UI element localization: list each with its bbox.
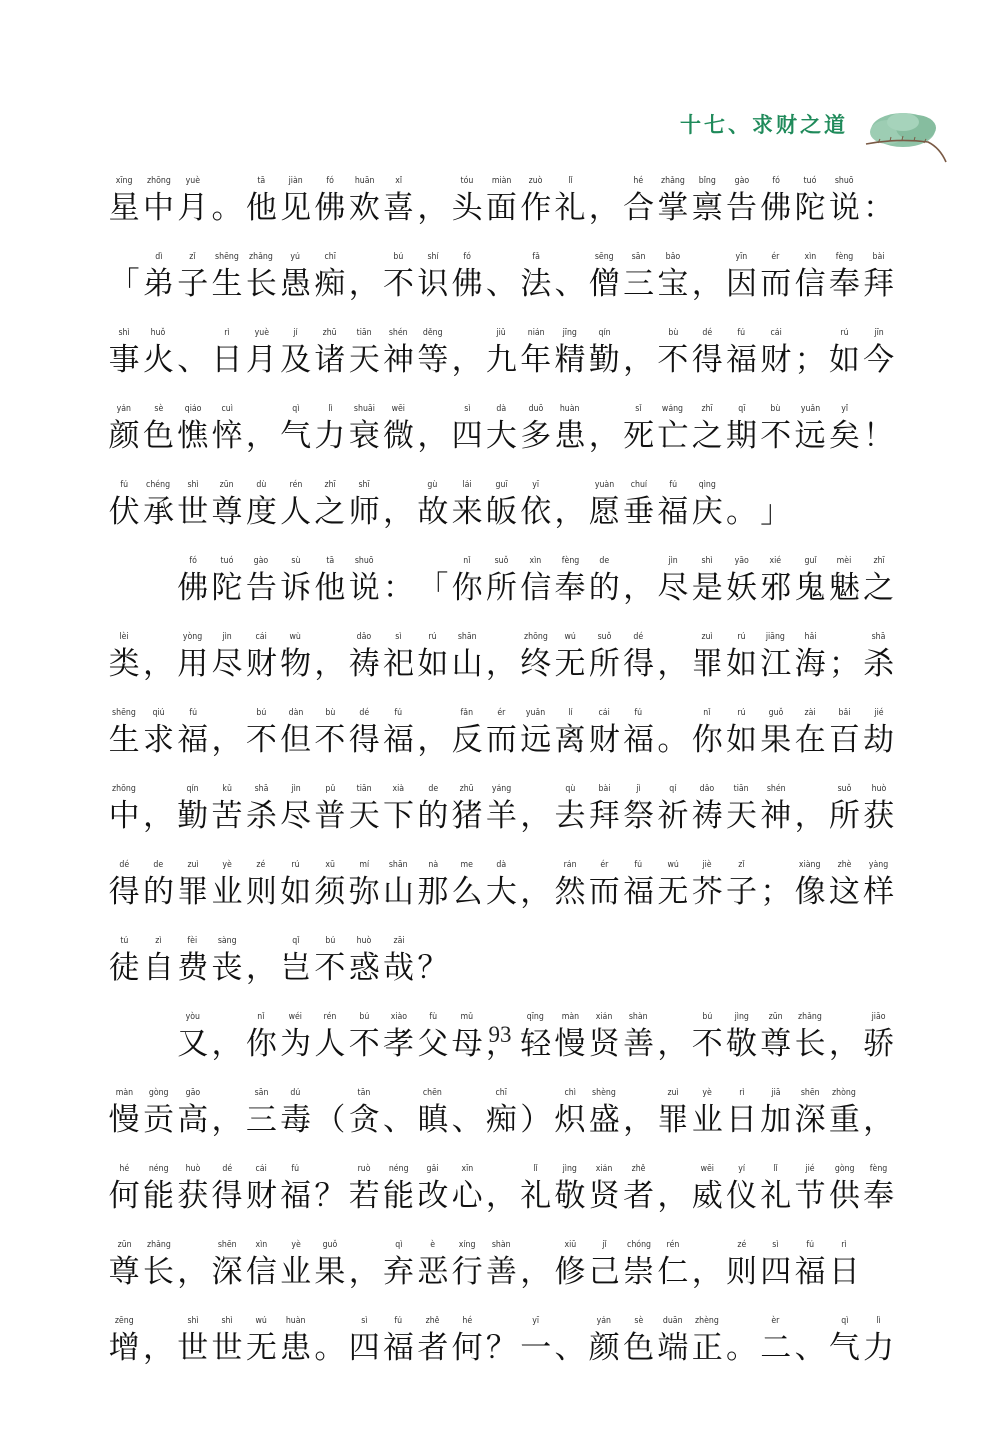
ruby-character: rén仁	[656, 1238, 690, 1298]
pinyin: rú	[737, 630, 745, 644]
ruby-character: jìn尽	[278, 782, 312, 842]
pinyin: zhèng	[695, 1314, 719, 1328]
ruby-character: guǒ果	[759, 706, 793, 766]
hanzi: 佛	[314, 188, 345, 228]
pinyin: fó	[326, 174, 334, 188]
pinyin: néng	[149, 1162, 169, 1176]
ruby-character: shén神	[381, 326, 415, 386]
ruby-character: huān欢	[347, 174, 381, 234]
punctuation: ，	[621, 554, 655, 614]
ruby-character: fú福	[621, 706, 655, 766]
ruby-character: sè色	[621, 1314, 655, 1374]
ruby-character: zé则	[724, 1238, 758, 1298]
ruby-character: qì弃	[381, 1238, 415, 1298]
ruby-character: zhě者	[621, 1162, 655, 1222]
hanzi: 四	[760, 1252, 791, 1292]
ruby-character: lì力	[862, 1314, 896, 1374]
punctuation: ，	[587, 174, 621, 234]
hanzi: 业	[280, 1252, 311, 1292]
ruby-character: qù去	[553, 782, 587, 842]
ruby-character: bú不	[381, 250, 415, 310]
pinyin: dé	[222, 1162, 232, 1176]
ruby-character: zūn尊	[107, 1238, 141, 1298]
text-line: tú徒zì自fèi费sàng丧，qǐ岂bú不huò惑zāi哉？	[107, 918, 907, 994]
ruby-character: xián贤	[587, 1162, 621, 1222]
hanzi: 像	[795, 872, 826, 912]
hanzi: 礼	[760, 1176, 791, 1216]
punctuation: 、	[450, 1086, 484, 1146]
ruby-character: qì气	[827, 1314, 861, 1374]
punctuation: ）	[519, 1086, 553, 1146]
pinyin: fú	[189, 706, 197, 720]
hanzi: 事	[109, 340, 140, 380]
pinyin: xiàng	[799, 858, 821, 872]
pinyin: sì	[464, 402, 470, 416]
ruby-character: guǒ果	[313, 1238, 347, 1298]
pinyin: dǎo	[357, 630, 372, 644]
hanzi: 佛	[177, 568, 208, 608]
ruby-character: fèng奉	[862, 1162, 896, 1222]
ruby-character: xū须	[313, 858, 347, 918]
hanzi: 修	[555, 1252, 586, 1292]
pinyin: gǎi	[427, 1162, 439, 1176]
ruby-character: tú徒	[107, 934, 141, 994]
ruby-character: huàn患	[278, 1314, 312, 1374]
pinyin: gào	[734, 174, 749, 188]
hanzi: 财	[246, 644, 277, 684]
hanzi: ，	[486, 1176, 517, 1216]
ruby-character: bú不	[244, 706, 278, 766]
ruby-character: bǎi百	[827, 706, 861, 766]
pinyin: tā	[326, 554, 334, 568]
punctuation: ，	[484, 1162, 518, 1222]
ruby-character: zūn尊	[210, 478, 244, 538]
hanzi: 不	[314, 948, 345, 988]
punctuation: ，	[313, 630, 347, 690]
hanzi: 哉	[383, 948, 414, 988]
pinyin: ér	[772, 250, 780, 264]
pinyin: ér	[497, 706, 505, 720]
ruby-character: shèng盛	[587, 1086, 621, 1146]
hanzi: 羊	[486, 796, 517, 836]
hanzi: 庆	[692, 492, 723, 532]
hanzi: 作	[520, 188, 551, 228]
pinyin: zuò	[529, 174, 543, 188]
hanzi: 得	[623, 644, 654, 684]
pinyin: huò	[871, 782, 886, 796]
punctuation: ，	[519, 1238, 553, 1298]
pinyin: èr	[772, 1314, 780, 1328]
pinyin: sì	[773, 1238, 779, 1252]
hanzi: 天	[726, 796, 757, 836]
ruby-character: zhū猪	[450, 782, 484, 842]
ruby-character: fǎ法	[519, 250, 553, 310]
ruby-character: zhī之	[313, 478, 347, 538]
pinyin: shēn	[801, 1086, 820, 1100]
ruby-character: huò获	[862, 782, 896, 842]
pinyin: shān	[389, 858, 408, 872]
text-line: lèi类，yòng用jìn尽cái财wù物，dǎo祷sì祀rú如shān山，zh…	[107, 614, 907, 690]
hanzi: 信	[246, 1252, 277, 1292]
ruby-character: yuàn愿	[587, 478, 621, 538]
ruby-character: zǐ子	[176, 250, 210, 310]
punctuation: 「	[416, 554, 450, 614]
pinyin: hé	[634, 174, 644, 188]
punctuation: ；	[827, 630, 861, 690]
pinyin: wēi	[392, 402, 405, 416]
pinyin: rú	[292, 858, 300, 872]
hanzi: 恶	[417, 1252, 448, 1292]
ruby-character: màn慢	[107, 1086, 141, 1146]
ruby-character: bǎo宝	[656, 250, 690, 310]
pinyin: zhè	[837, 858, 851, 872]
pinyin: yáng	[492, 782, 511, 796]
ruby-character: zhū诸	[313, 326, 347, 386]
ruby-character: shēng生	[210, 250, 244, 310]
ruby-character: jí及	[278, 326, 312, 386]
hanzi: ，	[246, 948, 277, 988]
hanzi: 告	[726, 188, 757, 228]
pinyin: qì	[841, 1314, 848, 1328]
text-line: yán颜sè色qiáo憔cuì悴，qì气lì力shuāi衰wēi微，sì四dà大…	[107, 386, 907, 462]
pinyin: lí	[568, 706, 572, 720]
pinyin: gòng	[149, 1086, 169, 1100]
pinyin: dé	[359, 706, 369, 720]
hanzi: 「	[417, 568, 448, 608]
ruby-character: shuō说	[827, 174, 861, 234]
punctuation: ，	[862, 1086, 896, 1146]
pinyin: shén	[389, 326, 408, 340]
pinyin: jǐ	[602, 1238, 606, 1252]
punctuation: ，	[553, 478, 587, 538]
hanzi: 供	[829, 1176, 860, 1216]
hanzi: 颜	[589, 1328, 620, 1368]
hanzi: ，	[692, 264, 723, 304]
hanzi: 、	[452, 1100, 483, 1140]
pinyin: guī	[495, 478, 507, 492]
ruby-character: xìn信	[519, 554, 553, 614]
pinyin: dà	[497, 858, 507, 872]
hanzi: 猪	[452, 796, 483, 836]
hanzi: 者	[623, 1176, 654, 1216]
hanzi: 何	[452, 1328, 483, 1368]
ruby-character: qín勤	[176, 782, 210, 842]
ruby-character: qìng庆	[690, 478, 724, 538]
pinyin: jìn	[291, 782, 300, 796]
ruby-character: bài拜	[862, 250, 896, 310]
hanzi: 患	[555, 416, 586, 456]
hanzi: 盛	[589, 1100, 620, 1140]
hanzi: 福	[280, 1176, 311, 1216]
ruby-character: nǐ你	[450, 554, 484, 614]
pinyin: chēn	[423, 1086, 442, 1100]
ruby-character: cái财	[759, 326, 793, 386]
pinyin: qiáo	[184, 402, 201, 416]
hanzi: 尊	[212, 492, 243, 532]
pinyin: bù	[668, 326, 678, 340]
hanzi: 尊	[109, 1252, 140, 1292]
pinyin: de	[154, 858, 164, 872]
ruby-character: sè色	[141, 402, 175, 462]
hanzi: 端	[657, 1328, 688, 1368]
ruby-character: shī师	[347, 478, 381, 538]
pinyin: rén	[666, 1238, 679, 1252]
ruby-character: bú不	[313, 934, 347, 994]
ruby-character: chī痴	[484, 1086, 518, 1146]
text-line: màn慢gòng贡gāo高，sān三dú毒（tān贪、chēn瞋、chī痴）ch…	[107, 1070, 907, 1146]
ruby-character: rú如	[724, 630, 758, 690]
pinyin: xián	[596, 1162, 613, 1176]
ruby-character: zhī之	[690, 402, 724, 462]
hanzi: 劫	[863, 720, 894, 760]
pinyin: lái	[463, 478, 472, 492]
hanzi: 如	[726, 644, 757, 684]
punctuation: ，	[450, 326, 484, 386]
pinyin: gòng	[835, 1162, 855, 1176]
hanzi: 精	[555, 340, 586, 380]
pinyin: zài	[805, 706, 816, 720]
pinyin: qí	[669, 782, 676, 796]
hanzi: 所	[829, 796, 860, 836]
ruby-character: lǐ礼	[519, 1162, 553, 1222]
ruby-character: ér而	[484, 706, 518, 766]
hanzi: 得	[109, 872, 140, 912]
hanzi: 世	[177, 492, 208, 532]
text-line: fó佛tuó陀gào告sù诉tā他shuō说：「nǐ你suǒ所xìn信fèng奉…	[107, 538, 907, 614]
ruby-character: jìn尽	[210, 630, 244, 690]
hanzi: 心	[452, 1176, 483, 1216]
pinyin: shì	[702, 554, 713, 568]
pinyin: xíng	[459, 1238, 476, 1252]
pinyin: qǐ	[292, 934, 299, 948]
pinyin: de	[428, 782, 438, 796]
pinyin: dé	[634, 630, 644, 644]
hanzi: 、	[383, 1100, 414, 1140]
pinyin: dù	[256, 478, 266, 492]
ruby-character: lǐ礼	[759, 1162, 793, 1222]
ruby-character: sù诉	[278, 554, 312, 614]
ruby-character: zhè这	[827, 858, 861, 918]
ruby-character: de的	[587, 554, 621, 614]
ruby-character: jiāng江	[759, 630, 793, 690]
ruby-character: zāi哉	[381, 934, 415, 994]
pinyin: zì	[155, 934, 161, 948]
pinyin: huàn	[286, 1314, 306, 1328]
ruby-character: lèi类	[107, 630, 141, 690]
ruby-character: zhǎng长	[141, 1238, 175, 1298]
hanzi: 炽	[555, 1100, 586, 1140]
ruby-character: shēng生	[107, 706, 141, 766]
pinyin: shuāi	[354, 402, 375, 416]
hanzi: ，	[246, 416, 277, 456]
hanzi: 须	[314, 872, 345, 912]
pinyin: huò	[357, 934, 372, 948]
hanzi: 生	[109, 720, 140, 760]
pinyin: zēng	[115, 1314, 134, 1328]
pinyin: jìn	[668, 554, 677, 568]
ruby-character: hé何	[450, 1314, 484, 1374]
hanzi: 拜	[863, 264, 894, 304]
pinyin: jīn	[874, 326, 883, 340]
pinyin: shí	[427, 250, 438, 264]
hanzi: ，	[452, 340, 483, 380]
ruby-character: dà大	[484, 858, 518, 918]
pinyin: wú	[256, 1314, 267, 1328]
hanzi: 奉	[829, 264, 860, 304]
hanzi: 头	[452, 188, 483, 228]
hanzi: 深	[795, 1100, 826, 1140]
punctuation: ，	[793, 782, 827, 842]
pinyin: wáng	[662, 402, 683, 416]
hanzi: 皈	[486, 492, 517, 532]
ruby-character: guǐ鬼	[793, 554, 827, 614]
hanzi: 多	[520, 416, 551, 456]
hanzi: ，	[520, 796, 551, 836]
ruby-character: ruò若	[347, 1162, 381, 1222]
pinyin: rú	[429, 630, 437, 644]
pinyin: fèi	[188, 934, 198, 948]
ruby-character: pǔ普	[313, 782, 347, 842]
ruby-character: fèng奉	[827, 250, 861, 310]
ruby-character: jìn尽	[656, 554, 690, 614]
hanzi: 九	[486, 340, 517, 380]
pinyin: yuè	[254, 326, 268, 340]
hanzi: 得	[212, 1176, 243, 1216]
punctuation: ，	[210, 1086, 244, 1146]
pinyin: rì	[224, 326, 229, 340]
ruby-character: zuì罪	[176, 858, 210, 918]
ruby-character: sǐ死	[621, 402, 655, 462]
hanzi: 崇	[623, 1252, 654, 1292]
punctuation: ，	[416, 402, 450, 462]
pinyin: huǒ	[151, 326, 166, 340]
hanzi: 他	[314, 568, 345, 608]
pinyin: zhě	[632, 1162, 646, 1176]
ruby-character: me么	[450, 858, 484, 918]
pinyin: rì	[739, 1086, 744, 1100]
ruby-character: cái财	[244, 1162, 278, 1222]
punctuation: ，	[244, 402, 278, 462]
pinyin: qù	[565, 782, 575, 796]
ruby-character: tuó陀	[793, 174, 827, 234]
ruby-character: yī依	[519, 478, 553, 538]
hanzi: 、	[555, 264, 586, 304]
ruby-character: néng能	[141, 1162, 175, 1222]
ruby-character: zuì罪	[656, 1086, 690, 1146]
pinyin: mí	[359, 858, 369, 872]
pinyin: guǐ	[804, 554, 816, 568]
hanzi: 不	[657, 340, 688, 380]
ruby-character: zhōng中	[107, 782, 141, 842]
ruby-character: dà大	[484, 402, 518, 462]
pinyin: xīn	[461, 1162, 473, 1176]
hanzi: 力	[314, 416, 345, 456]
hanzi: 么	[452, 872, 483, 912]
pinyin: duān	[663, 1314, 683, 1328]
hanzi: ，	[520, 1252, 551, 1292]
ruby-character: shā杀	[244, 782, 278, 842]
punctuation: ，	[381, 478, 415, 538]
hanzi: 三	[246, 1100, 277, 1140]
ruby-character: yòng用	[176, 630, 210, 690]
hanzi: 一	[520, 1328, 551, 1368]
hanzi: 天	[349, 796, 380, 836]
hanzi: 因	[726, 264, 757, 304]
punctuation: ？	[416, 934, 450, 994]
hanzi: 用	[177, 644, 208, 684]
ruby-character: yán颜	[587, 1314, 621, 1374]
hanzi: 他	[246, 188, 277, 228]
hanzi: 、	[486, 264, 517, 304]
hanzi: 大	[486, 872, 517, 912]
hanzi: 」	[760, 492, 791, 532]
pinyin: jí	[293, 326, 297, 340]
hanzi: 悴	[212, 416, 243, 456]
hanzi: ，	[212, 1100, 243, 1140]
pinyin: tuó	[804, 174, 817, 188]
hanzi: 月	[246, 340, 277, 380]
pinyin: cái	[256, 630, 267, 644]
ruby-character: shì世	[210, 1314, 244, 1374]
ruby-character: tiān天	[347, 326, 381, 386]
hanzi: 说	[349, 568, 380, 608]
ruby-character: mèi魅	[827, 554, 861, 614]
hanzi: 禀	[692, 188, 723, 228]
hanzi: 期	[726, 416, 757, 456]
hanzi: 如	[829, 340, 860, 380]
ruby-character: qín勤	[587, 326, 621, 386]
pinyin: yāo	[734, 554, 748, 568]
hanzi: 福	[177, 720, 208, 760]
hanzi: ）	[520, 1100, 551, 1140]
ruby-character: lí离	[553, 706, 587, 766]
pinyin: zhī	[324, 478, 335, 492]
hanzi: ，	[349, 1252, 380, 1292]
hanzi: 。	[726, 492, 757, 532]
pinyin: tiān	[734, 782, 749, 796]
pinyin: sì	[395, 630, 401, 644]
hanzi: 增	[109, 1328, 140, 1368]
hanzi: ，	[555, 492, 586, 532]
ruby-character: jǐ己	[587, 1238, 621, 1298]
ruby-character: tiān天	[347, 782, 381, 842]
hanzi: ：	[863, 188, 894, 228]
hanzi: 星	[109, 188, 140, 228]
pinyin: tiān	[357, 782, 372, 796]
hanzi: ，	[417, 188, 448, 228]
hanzi: 痴	[486, 1100, 517, 1140]
pinyin: fú	[806, 1238, 814, 1252]
pinyin: bú	[394, 250, 404, 264]
pinyin: dé	[702, 326, 712, 340]
hanzi: 的	[589, 568, 620, 608]
hanzi: 世	[177, 1328, 208, 1368]
hanzi: ；	[760, 872, 791, 912]
punctuation: 、	[553, 250, 587, 310]
hanzi: 诸	[314, 340, 345, 380]
ruby-character: fú福	[724, 326, 758, 386]
punctuation: ，	[416, 706, 450, 766]
pinyin: bǐng	[699, 174, 716, 188]
pinyin: è	[430, 1238, 435, 1252]
pinyin: fú	[292, 1162, 300, 1176]
hanzi: 今	[863, 340, 894, 380]
ruby-character: sān三	[244, 1086, 278, 1146]
ruby-character: nián年	[519, 326, 553, 386]
punctuation: ，	[587, 402, 621, 462]
hanzi: ，	[417, 416, 448, 456]
ruby-character: yè业	[210, 858, 244, 918]
